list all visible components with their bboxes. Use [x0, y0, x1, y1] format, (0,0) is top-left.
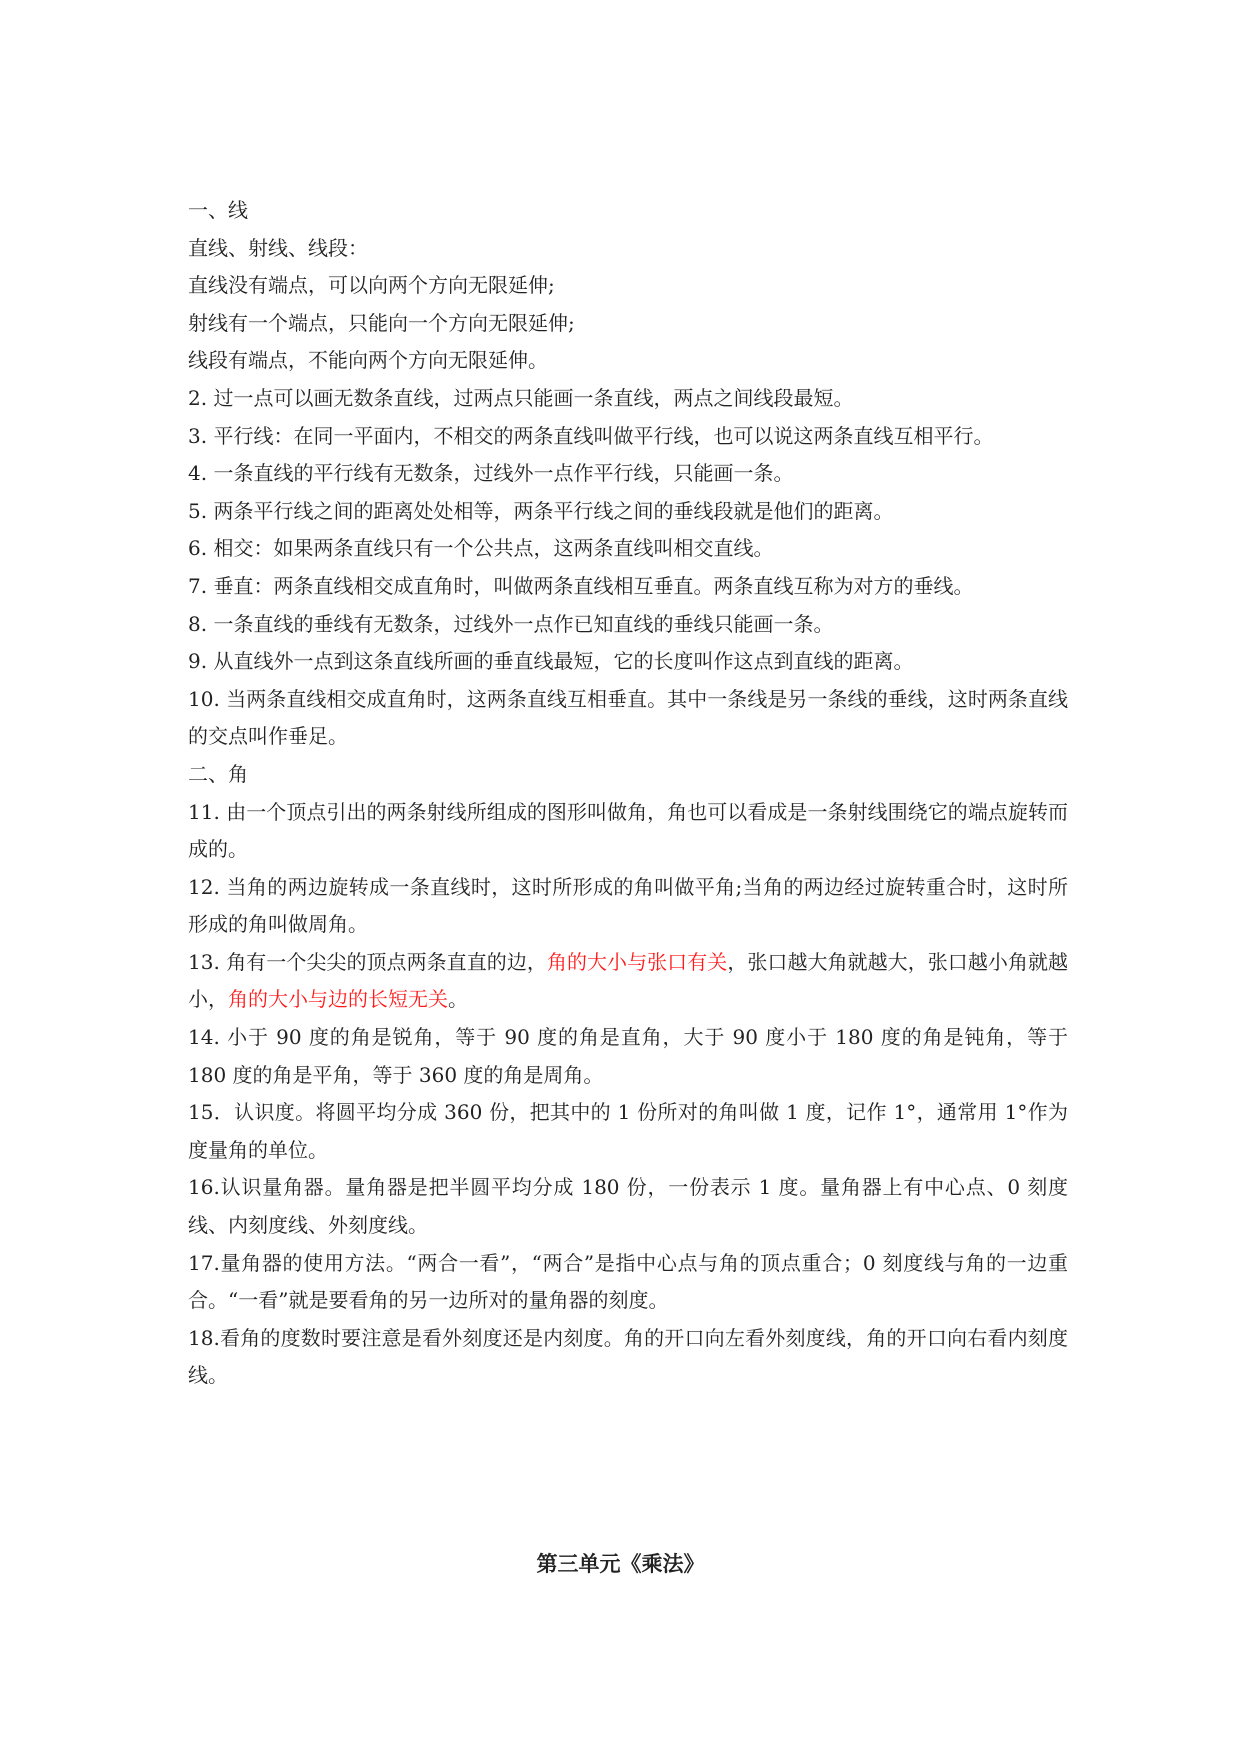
text-segment: 13. 角有一个尖尖的顶点两条直直的边，: [188, 950, 547, 974]
paragraph: 直线没有端点，可以向两个方向无限延伸;: [188, 267, 1068, 305]
paragraph: 6. 相交：如果两条直线只有一个公共点，这两条直线叫相交直线。: [188, 530, 1068, 568]
paragraph: 2. 过一点可以画无数条直线，过两点只能画一条直线，两点之间线段最短。: [188, 380, 1068, 418]
paragraph: 7. 垂直：两条直线相交成直角时，叫做两条直线相互垂直。两条直线互称为对方的垂线…: [188, 568, 1068, 606]
paragraph: 17.量角器的使用方法。“两合一看”，“两合”是指中心点与角的顶点重合；0 刻度…: [188, 1245, 1068, 1320]
paragraph: 直线、射线、线段：: [188, 230, 1068, 268]
paragraph: 15．认识度。将圆平均分成 360 份，把其中的 1 份所对的角叫做 1 度，记…: [188, 1094, 1068, 1169]
paragraph-with-highlights: 13. 角有一个尖尖的顶点两条直直的边，角的大小与张口有关，张口越大角就越大，张…: [188, 944, 1068, 1019]
paragraph: 9. 从直线外一点到这条直线所画的垂直线最短，它的长度叫作这点到直线的距离。: [188, 643, 1068, 681]
paragraph: 11. 由一个顶点引出的两条射线所组成的图形叫做角，角也可以看成是一条射线围绕它…: [188, 794, 1068, 869]
highlighted-text: 角的大小与张口有关: [547, 950, 727, 974]
document-body: 一、线 直线、射线、线段： 直线没有端点，可以向两个方向无限延伸; 射线有一个端…: [188, 192, 1068, 1395]
paragraph: 8. 一条直线的垂线有无数条，过线外一点作已知直线的垂线只能画一条。: [188, 606, 1068, 644]
paragraph: 16.认识量角器。量角器是把半圆平均分成 180 份，一份表示 1 度。量角器上…: [188, 1169, 1068, 1244]
paragraph: 线段有端点，不能向两个方向无限延伸。: [188, 342, 1068, 380]
highlighted-text: 角的大小与边的长短无关: [228, 987, 448, 1011]
unit-title: 第三单元《乘法》: [0, 1548, 1241, 1578]
paragraph: 18.看角的度数时要注意是看外刻度还是内刻度。角的开口向左看外刻度线，角的开口向…: [188, 1320, 1068, 1395]
paragraph: 3. 平行线：在同一平面内，不相交的两条直线叫做平行线，也可以说这两条直线互相平…: [188, 418, 1068, 456]
paragraph: 12. 当角的两边旋转成一条直线时，这时所形成的角叫做平角;当角的两边经过旋转重…: [188, 869, 1068, 944]
section-heading-lines: 一、线: [188, 192, 1068, 230]
paragraph: 射线有一个端点，只能向一个方向无限延伸;: [188, 305, 1068, 343]
text-segment: 。: [448, 987, 468, 1011]
paragraph: 10. 当两条直线相交成直角时，这两条直线互相垂直。其中一条线是另一条线的垂线，…: [188, 681, 1068, 756]
paragraph: 5. 两条平行线之间的距离处处相等，两条平行线之间的垂线段就是他们的距离。: [188, 493, 1068, 531]
section-heading-angles: 二、角: [188, 756, 1068, 794]
paragraph: 14. 小于 90 度的角是锐角，等于 90 度的角是直角，大于 90 度小于 …: [188, 1019, 1068, 1094]
paragraph: 4. 一条直线的平行线有无数条，过线外一点作平行线，只能画一条。: [188, 455, 1068, 493]
